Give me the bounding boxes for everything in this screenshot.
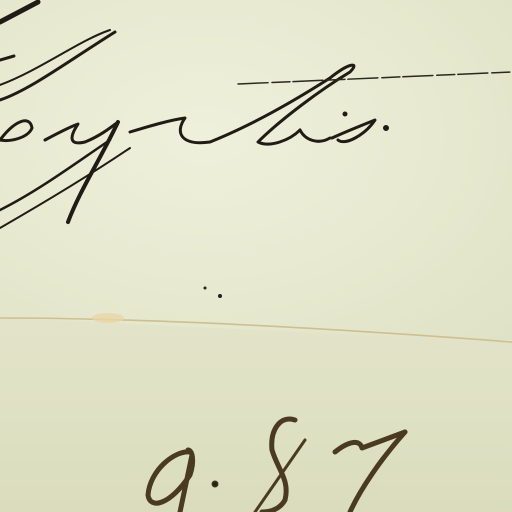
- handwritten-number-987: [0, 0, 512, 512]
